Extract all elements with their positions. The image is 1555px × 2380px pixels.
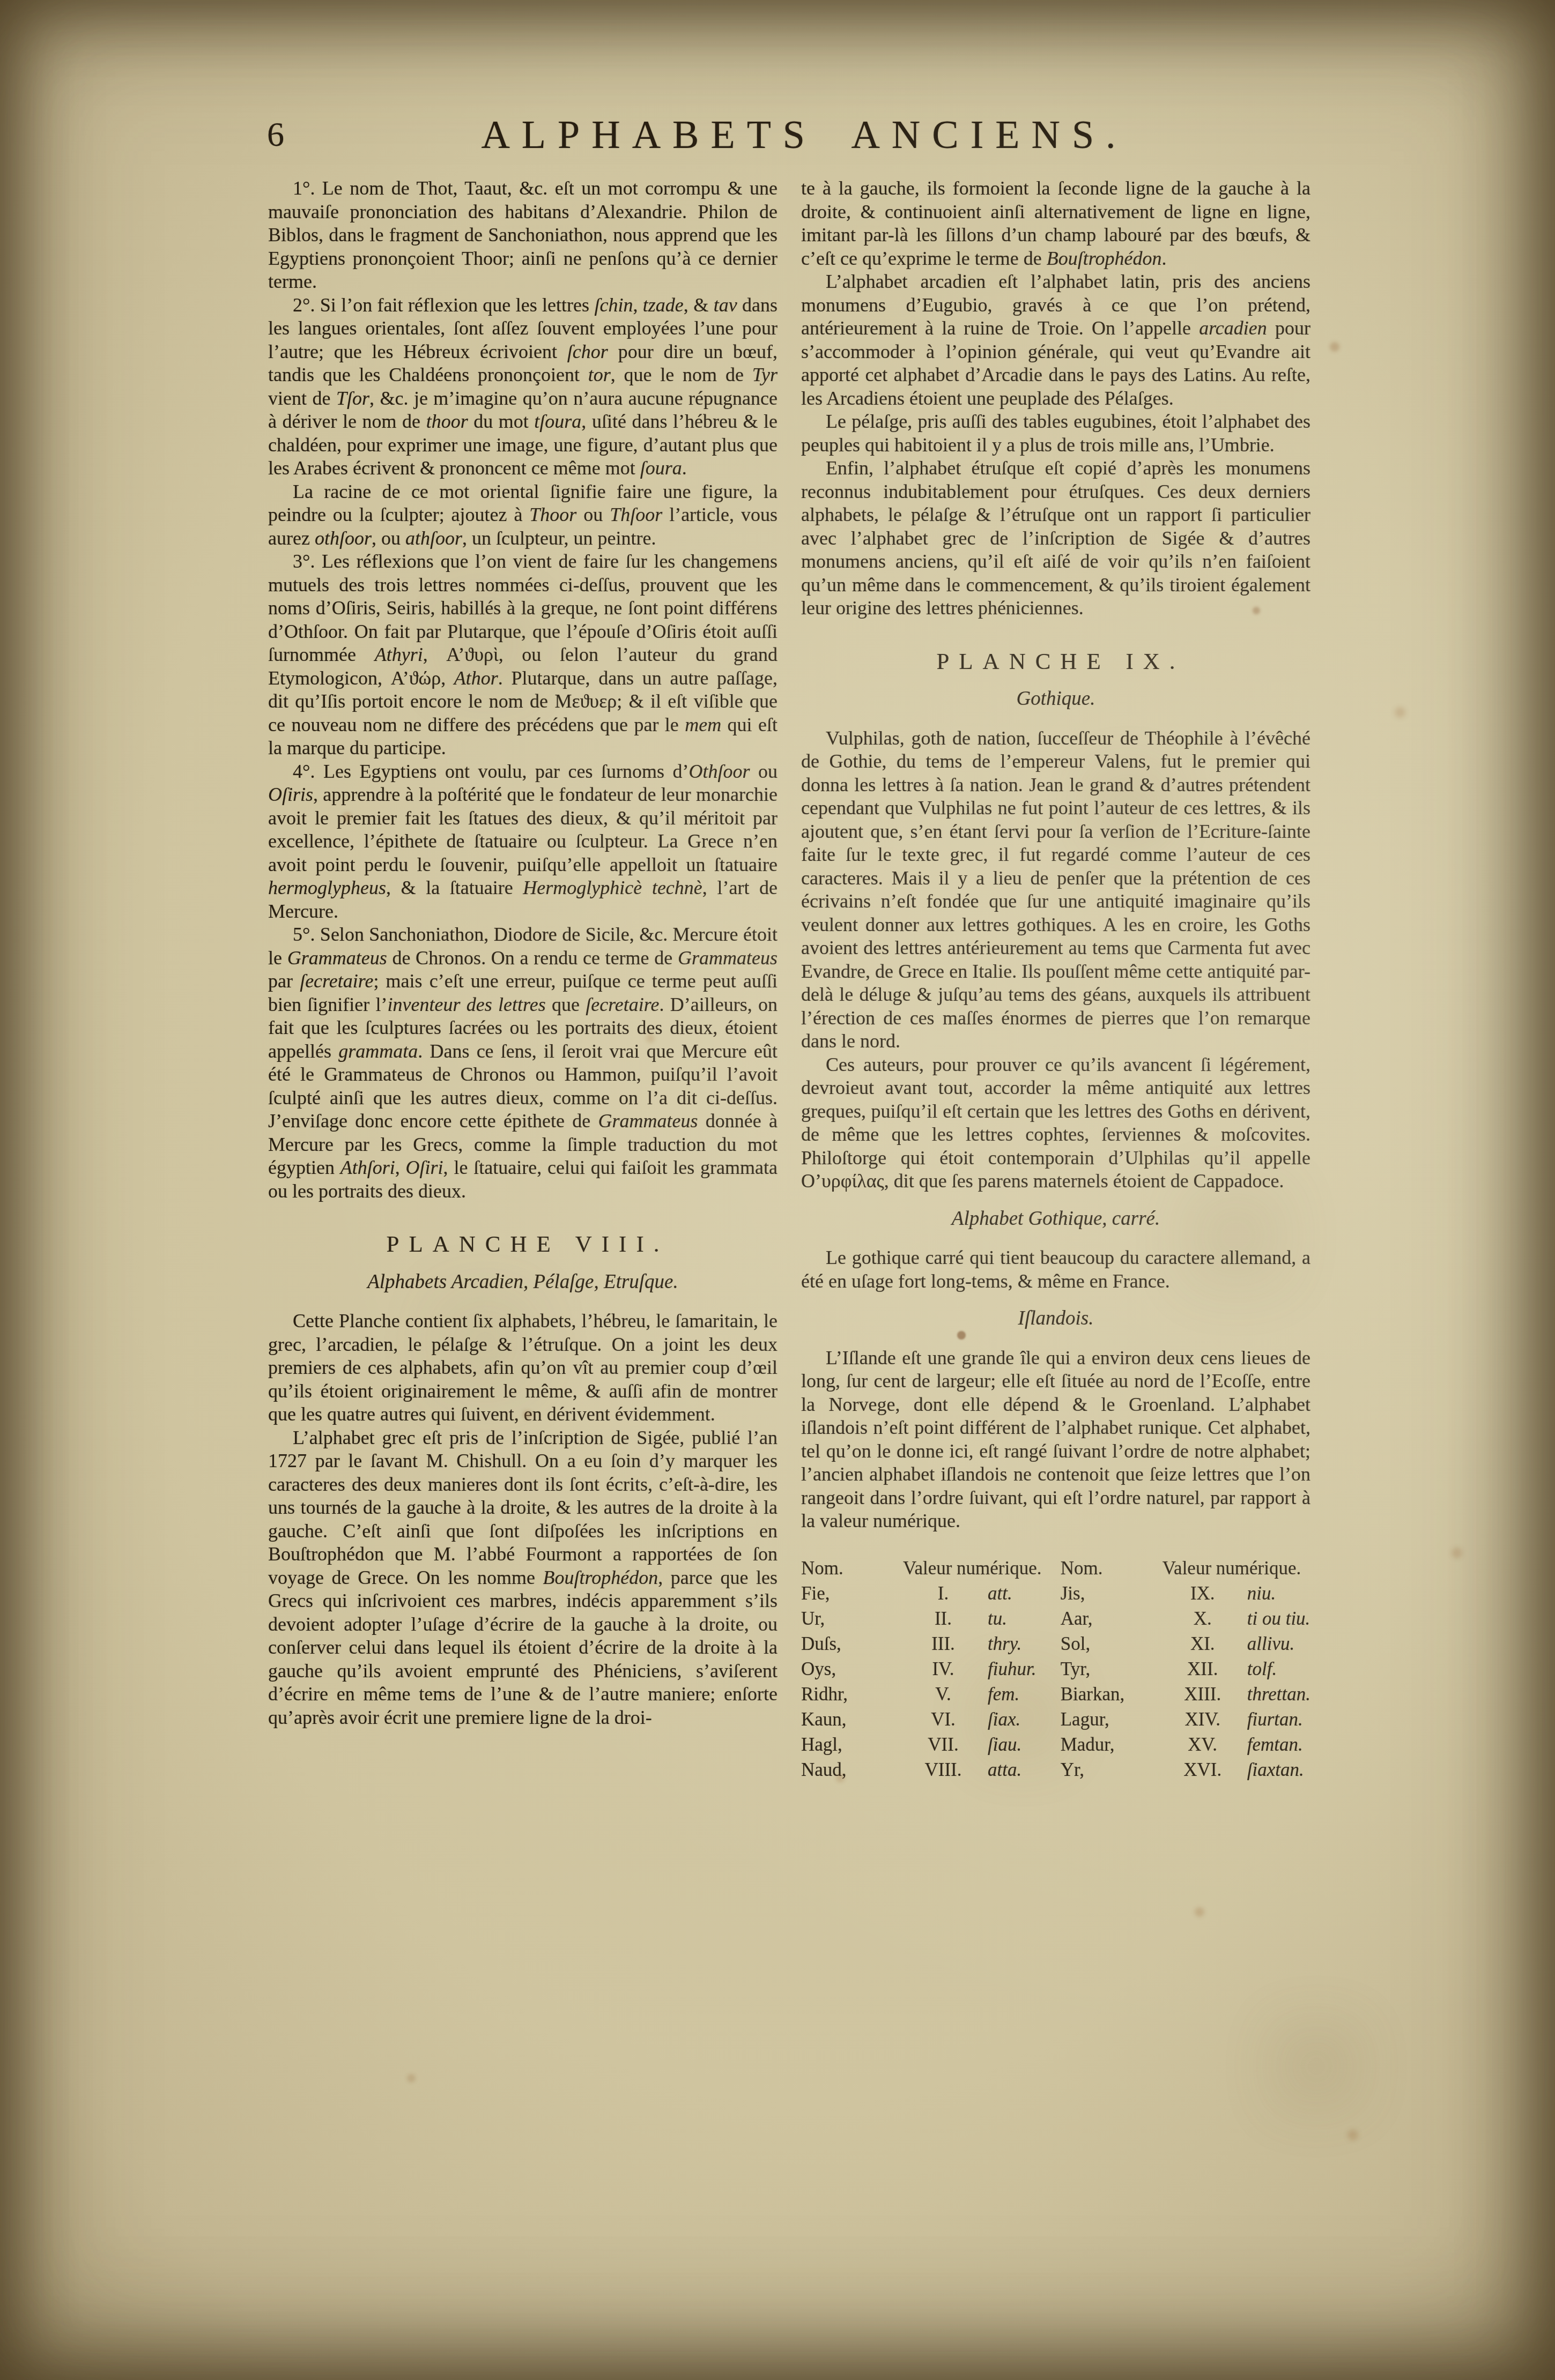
paragraph: 3°. Les réflexions que l’on vient de fai… bbox=[268, 550, 777, 760]
rune-value: atta. bbox=[983, 1757, 1047, 1782]
column-header-valeur: Valeur numérique. bbox=[903, 1556, 1047, 1581]
italic-phrase: Hermoglyphicè technè bbox=[523, 877, 702, 898]
rune-value: ſiax. bbox=[983, 1707, 1047, 1732]
italic-phrase: tſoura bbox=[534, 411, 581, 432]
column-header-nom: Nom. bbox=[801, 1556, 903, 1581]
rune-name: Madur, bbox=[1061, 1732, 1162, 1757]
rune-numeral: II. bbox=[903, 1606, 983, 1631]
runic-numerals-table: Nom.Valeur numérique.Fie,I.att.Ur,II.tu.… bbox=[801, 1556, 1310, 1782]
rune-numeral: XIV. bbox=[1162, 1707, 1243, 1732]
rune-value: ti ou tiu. bbox=[1243, 1606, 1310, 1631]
rune-name: Naud, bbox=[801, 1757, 903, 1782]
italic-phrase: Oſiri bbox=[406, 1157, 443, 1178]
paragraph: Enfin, l’alphabet étruſque eſt copié d’a… bbox=[801, 457, 1310, 620]
paragraph: Le gothique carré qui tient beaucoup du … bbox=[801, 1246, 1310, 1293]
rune-name: Duſs, bbox=[801, 1631, 903, 1656]
italic-phrase: Grammateus bbox=[287, 947, 387, 969]
rune-name: Aar, bbox=[1061, 1606, 1162, 1631]
italic-phrase: ſecretaire bbox=[586, 994, 659, 1015]
rune-value: att. bbox=[983, 1581, 1047, 1606]
paragraph: 1°. Le nom de Thot, Taaut, &c. eſt un mo… bbox=[268, 177, 777, 294]
paragraph: Cette Planche contient ſix alphabets, l’… bbox=[268, 1310, 777, 1426]
column-header-nom: Nom. bbox=[1061, 1556, 1162, 1581]
paragraph: L’alphabet arcadien eſt l’alphabet latin… bbox=[801, 270, 1310, 410]
rune-value: threttan. bbox=[1243, 1682, 1310, 1707]
italic-phrase: ſoura bbox=[640, 457, 682, 479]
rune-numeral: VIII. bbox=[903, 1757, 983, 1782]
italic-phrase: ſchor bbox=[567, 341, 608, 362]
rune-value: ſiaxtan. bbox=[1243, 1757, 1310, 1782]
rune-numeral: XIII. bbox=[1162, 1682, 1243, 1707]
rune-numeral: III. bbox=[903, 1631, 983, 1656]
italic-phrase: arcadien bbox=[1199, 317, 1267, 339]
paragraph: L’alphabet grec eſt pris de l’inſcriptio… bbox=[268, 1426, 777, 1730]
italic-phrase: Athyri bbox=[375, 644, 423, 665]
rune-value: tu. bbox=[983, 1606, 1047, 1631]
italic-phrase: Thoor bbox=[529, 504, 576, 525]
paragraph: 4°. Les Egyptiens ont voulu, par ces ſur… bbox=[268, 760, 777, 924]
runes-table-half: Nom.Valeur numérique.Jis,IX.niu.Aar,X.ti… bbox=[1061, 1556, 1310, 1782]
rune-name: Biarkan, bbox=[1061, 1682, 1162, 1707]
italic-phrase: inventeur des lettres bbox=[388, 994, 546, 1015]
paragraph: te à la gauche, ils formoient la ſeconde… bbox=[801, 177, 1310, 270]
rune-name: Oys, bbox=[801, 1656, 903, 1682]
italic-phrase: Bouſtrophédon bbox=[543, 1567, 658, 1588]
italic-phrase: Othſoor bbox=[688, 761, 750, 782]
runes-table-half: Nom.Valeur numérique.Fie,I.att.Ur,II.tu.… bbox=[801, 1556, 1047, 1782]
rune-value: fem. bbox=[983, 1682, 1047, 1707]
italic-phrase: thoor bbox=[426, 411, 468, 432]
rune-name: Kaun, bbox=[801, 1707, 903, 1732]
rune-numeral: XII. bbox=[1162, 1656, 1243, 1682]
section-subheading: Gothique. bbox=[801, 687, 1310, 711]
paragraph: 5°. Selon Sanchoniathon, Diodore de Sici… bbox=[268, 923, 777, 1203]
italic-phrase: hermoglypheus bbox=[268, 877, 386, 898]
rune-numeral: X. bbox=[1162, 1606, 1243, 1631]
italic-phrase: Tyr bbox=[752, 364, 777, 385]
rune-name: Yr, bbox=[1061, 1757, 1162, 1782]
bleedthrough-smudges bbox=[0, 0, 5, 5]
section-subheading: Alphabet Gothique, carré. bbox=[801, 1207, 1310, 1231]
italic-phrase: Thſoor bbox=[610, 504, 662, 525]
rune-value: fiuhur. bbox=[983, 1656, 1047, 1682]
rune-name: Lagur, bbox=[1061, 1707, 1162, 1732]
page-number: 6 bbox=[267, 115, 284, 154]
rune-numeral: XV. bbox=[1162, 1732, 1243, 1757]
rune-numeral: V. bbox=[903, 1682, 983, 1707]
rune-name: Sol, bbox=[1061, 1631, 1162, 1656]
rune-name: Ridhr, bbox=[801, 1682, 903, 1707]
italic-phrase: Oſiris bbox=[268, 784, 313, 805]
foxing-spots bbox=[0, 0, 5, 5]
planche-heading: PLANCHE IX. bbox=[801, 650, 1310, 674]
text-columns: 1°. Le nom de Thot, Taaut, &c. eſt un mo… bbox=[268, 177, 1310, 1782]
rune-value: ſiau. bbox=[983, 1732, 1047, 1757]
section-subheading: Alphabets Arcadien, Pélaſge, Etruſque. bbox=[268, 1270, 777, 1294]
paragraph: La racine de ce mot oriental ſignifie fa… bbox=[268, 480, 777, 551]
rune-value: tolf. bbox=[1243, 1656, 1310, 1682]
rune-name: Tyr, bbox=[1061, 1656, 1162, 1682]
italic-phrase: ſchin bbox=[594, 294, 633, 316]
rune-value: allivu. bbox=[1243, 1631, 1310, 1656]
rune-numeral: VII. bbox=[903, 1732, 983, 1757]
paragraph: 2°. Si l’on fait réflexion que les lettr… bbox=[268, 294, 777, 480]
paragraph: Vulphilas, goth de nation, ſucceſſeur de… bbox=[801, 727, 1310, 1053]
paragraph: Le pélaſge, pris auſſi des tables eugubi… bbox=[801, 410, 1310, 457]
rune-numeral: IV. bbox=[903, 1656, 983, 1682]
column-header-valeur: Valeur numérique. bbox=[1162, 1556, 1310, 1581]
left-column: 1°. Le nom de Thot, Taaut, &c. eſt un mo… bbox=[268, 177, 777, 1782]
rune-numeral: I. bbox=[903, 1581, 983, 1606]
paragraph: Ces auteurs, pour prouver ce qu’ils avan… bbox=[801, 1053, 1310, 1193]
rune-numeral: XVI. bbox=[1162, 1757, 1243, 1782]
italic-phrase: Athor bbox=[454, 667, 498, 689]
rune-name: Fie, bbox=[801, 1581, 903, 1606]
italic-phrase: tor bbox=[588, 364, 611, 385]
italic-phrase: grammata bbox=[338, 1040, 418, 1062]
rune-name: Hagl, bbox=[801, 1732, 903, 1757]
rune-value: thry. bbox=[983, 1631, 1047, 1656]
italic-phrase: Tſor bbox=[336, 388, 369, 409]
planche-heading: PLANCHE VIII. bbox=[268, 1233, 777, 1256]
italic-phrase: ſecretaire bbox=[300, 970, 373, 992]
section-subheading: Iſlandois. bbox=[801, 1307, 1310, 1330]
italic-phrase: tav bbox=[714, 294, 737, 316]
page-title: ALPHABETS ANCIENS. bbox=[481, 113, 1127, 158]
rune-numeral: XI. bbox=[1162, 1631, 1243, 1656]
italic-phrase: tzade bbox=[643, 294, 684, 316]
italic-phrase: Athſori bbox=[340, 1157, 395, 1178]
rune-value: fiurtan. bbox=[1243, 1707, 1310, 1732]
rune-value: femtan. bbox=[1243, 1732, 1310, 1757]
paragraph: L’Iſlande eſt une grande île qui a envir… bbox=[801, 1347, 1310, 1533]
rune-name: Jis, bbox=[1061, 1581, 1162, 1606]
italic-phrase: athſoor bbox=[405, 527, 462, 549]
italic-phrase: Bouſtrophédon bbox=[1047, 248, 1162, 269]
italic-phrase: Grammateus bbox=[598, 1110, 698, 1132]
rune-value: niu. bbox=[1243, 1581, 1310, 1606]
italic-phrase: Grammateus bbox=[678, 947, 777, 969]
rune-name: Ur, bbox=[801, 1606, 903, 1631]
italic-phrase: mem bbox=[685, 714, 721, 735]
italic-phrase: othſoor bbox=[315, 527, 372, 549]
right-column: te à la gauche, ils formoient la ſeconde… bbox=[801, 177, 1310, 1782]
rune-numeral: VI. bbox=[903, 1707, 983, 1732]
rune-numeral: IX. bbox=[1162, 1581, 1243, 1606]
